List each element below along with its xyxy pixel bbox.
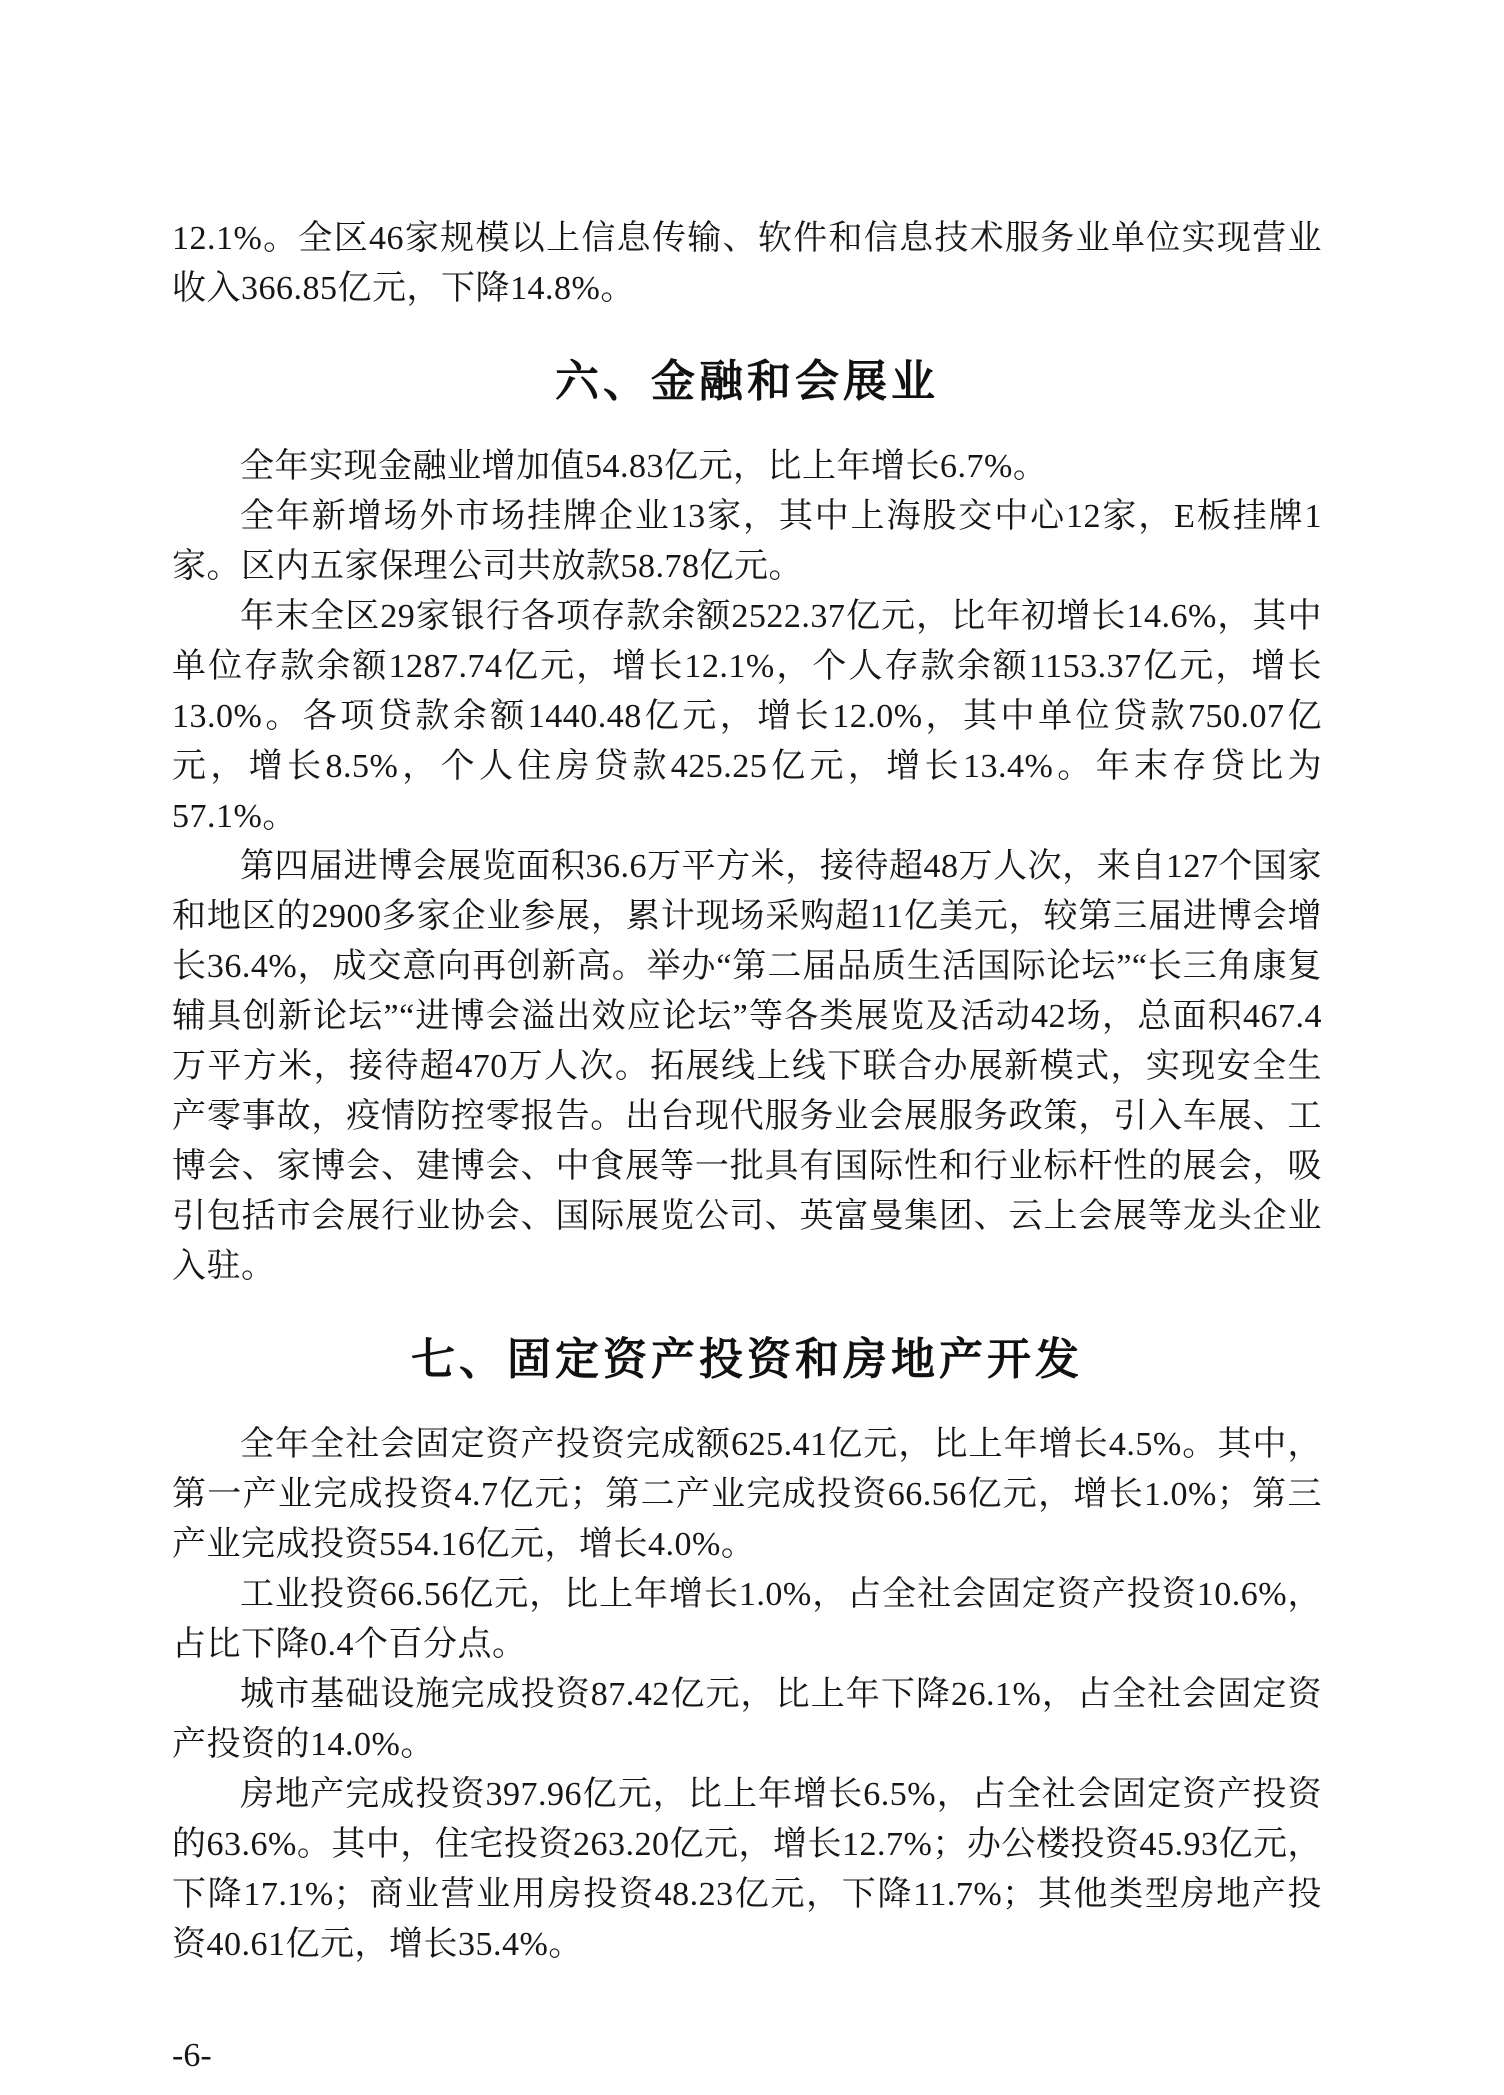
page-number: -6- [172, 2036, 1322, 2076]
paragraph-otc-listings: 全年新增场外市场挂牌企业13家，其中上海股交中心12家，E板挂牌1家。区内五家保… [172, 492, 1322, 592]
paragraph-bank-deposits-loans: 年末全区29家银行各项存款余额2522.37亿元，比年初增长14.6%，其中单位… [172, 592, 1322, 842]
paragraph-finance-added-value: 全年实现金融业增加值54.83亿元，比上年增长6.7%。 [172, 442, 1322, 492]
intro-paragraph: 12.1%。全区46家规模以上信息传输、软件和信息技术服务业单位实现营业收入36… [172, 214, 1322, 314]
section-heading-fixed-asset-investment: 七、固定资产投资和房地产开发 [172, 1330, 1322, 1390]
paragraph-real-estate-investment: 房地产完成投资397.96亿元，比上年增长6.5%，占全社会固定资产投资的63.… [172, 1770, 1322, 1970]
document-page: 12.1%。全区46家规模以上信息传输、软件和信息技术服务业单位实现营业收入36… [172, 0, 1322, 2076]
section-heading-finance-exhibition: 六、金融和会展业 [172, 352, 1322, 412]
paragraph-total-fixed-asset-investment: 全年全社会固定资产投资完成额625.41亿元，比上年增长4.5%。其中，第一产业… [172, 1420, 1322, 1570]
paragraph-urban-infrastructure-investment: 城市基础设施完成投资87.42亿元，比上年下降26.1%，占全社会固定资产投资的… [172, 1670, 1322, 1770]
paragraph-expo-ciie: 第四届进博会展览面积36.6万平方米，接待超48万人次，来自127个国家和地区的… [172, 842, 1322, 1292]
paragraph-industrial-investment: 工业投资66.56亿元，比上年增长1.0%，占全社会固定资产投资10.6%，占比… [172, 1570, 1322, 1670]
